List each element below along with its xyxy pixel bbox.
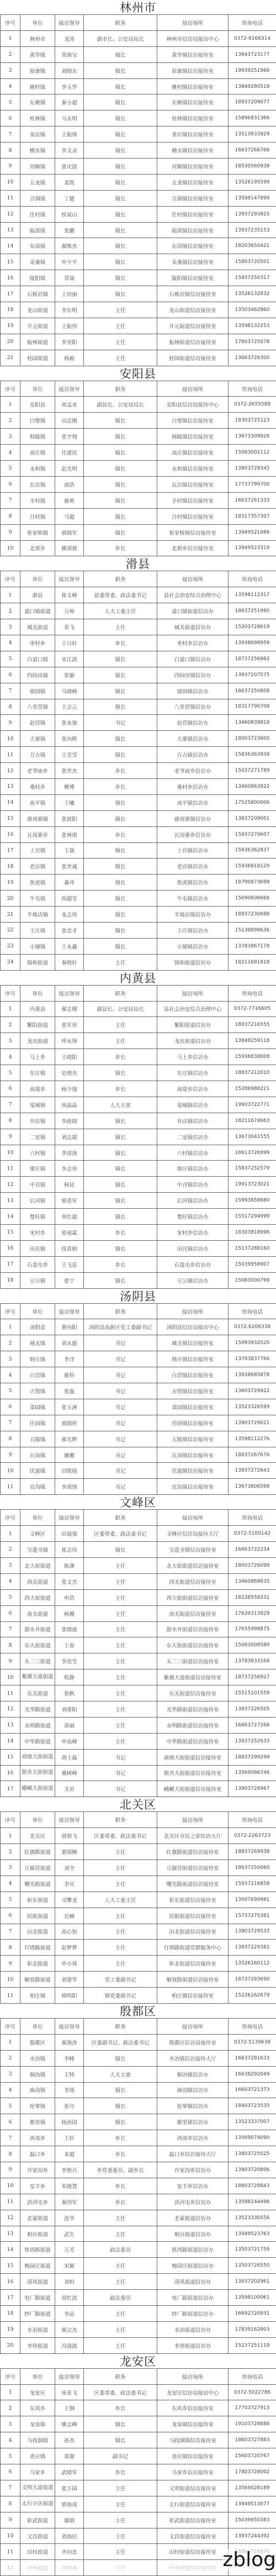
table-row: 1北关区骈朋飞区委常委、政法委书记北关区市民之家综治大厅0372-2263723 [1, 1828, 276, 1844]
phone-number: 18603728843 [229, 2178, 276, 2194]
leader-name: 刘建华 [55, 1972, 84, 1988]
row-index: 15 [1, 1225, 20, 1241]
unit-name: 马家乡 [20, 2464, 55, 2480]
leader-name: 王曦 [55, 794, 84, 810]
position: 镇长 [84, 810, 157, 826]
position: 主任 [84, 2337, 157, 2353]
header-leader: 接访领导 [55, 2018, 84, 2034]
phone-number: 13949521086 [229, 524, 276, 540]
header-index: 序号 [1, 2018, 20, 2034]
phone-number: 13523337007 [229, 2114, 276, 2130]
position: 镇长 [84, 794, 157, 810]
phone-number: 13937272643 [229, 1463, 276, 1479]
unit-name: 民航街道 [20, 1908, 55, 1924]
unit-name: 井店镇 [20, 1113, 55, 1129]
phone-number: 15039958907 [229, 1256, 276, 1272]
leader-name: 桑树峰 [55, 1765, 84, 1781]
position: 主任 [84, 1653, 157, 1669]
row-index: 15 [1, 1749, 20, 1765]
row-index: 14 [1, 794, 20, 810]
header-unit: 单位 [20, 1812, 55, 1828]
reception-location: 铁西路街道信访办 [157, 2242, 229, 2258]
position: 镇长 [84, 1129, 157, 1145]
phone-number: 15037271789 [229, 763, 276, 779]
unit-name: 红旗路街道 [20, 1844, 55, 1860]
reception-schedule-document: 林州市序号单位接访领导职务接访场所咨询电话1林州市龙涛副市长、公安局局长林州市信… [0, 0, 276, 2576]
row-index: 9 [1, 1653, 20, 1669]
unit-name: 老店镇 [20, 858, 55, 875]
position: 主任 [84, 1589, 157, 1605]
leader-name: 郭晓军 [55, 524, 84, 540]
unit-name: 安阳县 [20, 397, 55, 413]
leader-name: 刘永能 [55, 1335, 84, 1351]
phone-number: 13903728967 [229, 1781, 276, 1797]
table-row: 1安阳县周孟亚副县长、公安局局长安阳县信访局接待中心0372-2655589 [1, 397, 276, 413]
phone-number: 15039950383 [229, 2512, 276, 2528]
leader-name: 秦小超 [55, 94, 84, 110]
row-index: 1 [1, 2034, 20, 2050]
unit-name: 梅园庄街道 [20, 2258, 55, 2274]
leader-name: 张鹏 [55, 222, 84, 238]
table-row: 7甜水井街道张晓迪主任甜水井街道信访接待室17655998875 [1, 1621, 276, 1637]
leader-name: 万芳 [55, 2242, 84, 2258]
position: 镇长 [84, 651, 157, 667]
unit-name: 铁西路街道 [20, 2242, 55, 2258]
phone-number: 0372-5022786 [229, 2384, 276, 2400]
row-index: 17 [1, 286, 20, 302]
position: 副书记 [84, 2448, 157, 2464]
reception-location: 老爷庙乡信访办 [157, 763, 229, 779]
table-row: 9赵营镇张永强书记赵营镇信访办13460839818 [1, 715, 276, 731]
leader-name: 郭晓彤 [55, 1415, 84, 1431]
phone-number: 13937207575 [229, 667, 276, 683]
position: 县委常委、政法委书记 [84, 587, 157, 603]
row-index: 15 [1, 254, 20, 270]
phone-number: 18211674663 [229, 1113, 276, 1129]
row-index: 17 [1, 1256, 20, 1272]
table-row: 14铁西路街道万芳政法委员铁西路街道信访办13503721759 [1, 2242, 276, 2258]
header-index: 序号 [1, 1812, 20, 1828]
reception-location: 宋村乡信访办 [157, 1225, 229, 1241]
leader-name: 支岩 [55, 1781, 84, 1797]
unit-name: 曲沟镇 [20, 2082, 55, 2098]
reception-location: 北大街街道信访接待室 [157, 1557, 229, 1573]
leader-name: 刘恒 [55, 2274, 84, 2290]
position: 镇长 [84, 143, 157, 159]
leader-name: 骈朋飞 [55, 1828, 84, 1844]
unit-name: 电厂路街道 [20, 2290, 55, 2306]
position: 区委常委、政法委书记 [84, 2384, 157, 2400]
leader-name: 李洋 [55, 1351, 84, 1367]
unit-name: 五陵镇 [20, 1431, 55, 1447]
table-row: 5伦掌镇张丹镇长伦掌镇信访办18403723535 [1, 2098, 276, 2114]
table-header-row: 序号单位接访领导职务接访场所咨询电话 [1, 985, 276, 1001]
row-index: 7 [1, 2480, 20, 2496]
unit-name: 商颂大街街道 [20, 1749, 55, 1765]
header-leader: 接访领导 [55, 1303, 84, 1319]
reception-location: 豆腐营街道信访接待室 [157, 1859, 229, 1876]
phone-number: 13937293825 [229, 206, 276, 222]
phone-number: 15837252579 [229, 1161, 276, 1177]
leader-name: 任建民 [55, 445, 84, 461]
row-index: 16 [1, 2274, 20, 2290]
unit-name: 马上乡 [20, 1049, 55, 1065]
table-row: 7辛村镇郝爽镇长辛村镇信访接待室16637261333 [1, 492, 276, 508]
phone-number: 18303818996 [229, 1225, 276, 1241]
header-location: 接访场所 [157, 1812, 229, 1828]
header-unit: 单位 [20, 985, 55, 1001]
header-location: 接访场所 [157, 2368, 229, 2384]
table-header-row: 序号单位接访领导职务接访场所咨询电话 [1, 1812, 276, 1828]
phone-number: 13949523763 [229, 2226, 276, 2242]
table-row: 10文昌街道刘海民主任文昌街道信访接待室13937244392 [1, 2528, 276, 2544]
leader-name: 李琰 [55, 2082, 84, 2098]
position: 镇长 [84, 476, 157, 492]
row-index: 3 [1, 1351, 20, 1367]
leader-name: 李思雪 [55, 1653, 84, 1669]
table-row: 8八里营镇王会云镇长八里营镇信访办18317790708 [1, 699, 276, 715]
leader-name: 郭进军 [55, 1193, 84, 1209]
leader-name: 姜凯 [55, 174, 84, 190]
table-row: 23小铺镇王永鑫镇长小铺镇信访办13783867178 [1, 938, 276, 954]
unit-name: 文明大道街道 [20, 2480, 55, 2496]
position: 主任 [84, 2528, 157, 2544]
phone-number: 18937209077 [229, 94, 276, 110]
header-unit: 单位 [20, 2018, 55, 2034]
phone-number: 13598147899 [229, 190, 276, 206]
leader-name: 綦冲 [55, 875, 84, 891]
reception-location: 白营镇信访接待室 [157, 1367, 229, 1383]
phone-number: 13513833929 [229, 127, 276, 143]
leader-name: 王振烽 [55, 127, 84, 143]
position: 主任 [84, 350, 157, 366]
header-unit: 单位 [20, 571, 55, 587]
unit-name: 东岗镇 [20, 238, 55, 254]
unit-name: 东风乡 [20, 2400, 55, 2416]
position: 主任 [84, 1017, 157, 1033]
position: 镇长 [84, 492, 157, 508]
phone-number: 13598112276 [229, 1431, 276, 1447]
leader-name: 赵光明 [55, 461, 84, 477]
phone-number: 13526160112 [229, 1956, 276, 1972]
unit-name: 安丰乡 [20, 2178, 55, 2194]
leader-name: 李文录 [55, 143, 84, 159]
table-row: 11东关街道张帆主任东关街道信访接待室15515101559 [1, 1685, 276, 1701]
phone-number: 18637250060 [229, 1859, 276, 1876]
phone-number: 15937216858 [229, 1876, 276, 1892]
phone-number: 18837212010 [229, 1065, 276, 1081]
reception-location: 文峰区信访局接待大厅 [157, 1526, 229, 1542]
leader-name: 尚超莹 [55, 891, 84, 907]
phone-number: 18637251990 [229, 603, 276, 619]
unit-name: 半坡店镇 [20, 907, 55, 923]
table-row: 18龙山街道李东明主任龙山街道信访接待室13503462860 [1, 302, 276, 318]
leader-name: 张世杰 [55, 763, 84, 779]
leader-name: 秦晓轩 [55, 954, 84, 970]
phone-number: 16692720931 [229, 2306, 276, 2322]
leader-name: 龙志伟 [55, 907, 84, 923]
unit-name: 中召镇 [20, 1177, 55, 1193]
leader-name: 王晓阳 [55, 1049, 84, 1065]
unit-name: 菜园镇 [20, 1399, 55, 1415]
unit-name: 宋村乡 [20, 1225, 55, 1241]
position: 乡长 [84, 1049, 157, 1065]
phone-number: 15690606666 [229, 891, 276, 907]
row-index: 16 [1, 826, 20, 842]
leader-name: 周孟亚 [55, 397, 84, 413]
table-row: 4姚村镇李玉华镇长姚村镇信访接待室13849280518 [1, 78, 276, 94]
row-index: 1 [1, 1526, 20, 1542]
leader-name: 王特 [55, 2066, 84, 2082]
phone-number: 15937270607 [229, 826, 276, 842]
row-index: 3 [1, 619, 20, 635]
reception-location: 后河镇信访办 [157, 1193, 229, 1209]
leader-name: 郑强 [55, 2448, 84, 2464]
reception-location: 六村镇信访办 [157, 1145, 229, 1161]
reception-location: 桑村乡信访办 [157, 778, 229, 794]
position: 主任 [84, 1940, 157, 1956]
row-index: 11 [1, 1685, 20, 1701]
header-position: 职务 [84, 2018, 157, 2034]
position: 主任 [84, 1033, 157, 1049]
header-index: 序号 [1, 15, 20, 31]
position: 镇长 [84, 891, 157, 907]
position: 书记 [84, 1479, 157, 1495]
leader-name: 宋颖 [55, 2258, 84, 2274]
position: 主任 [84, 1859, 157, 1876]
table-row: 2道口镇街道万帅人大工委主任道口镇街道信访办18637251990 [1, 603, 276, 619]
reception-location: 东岗镇信访接待室 [157, 238, 229, 254]
position: 镇长 [84, 286, 157, 302]
reception-location: 石板岩镇信访接待室 [157, 286, 229, 302]
reception-location: 龙安区信访局接访中心 [157, 2384, 229, 2400]
row-index: 15 [1, 2258, 20, 2274]
table-row: 3韩庄镇李洋书记韩庄镇信访接待室13783837766 [1, 1351, 276, 1367]
table-row: 7任固镇郭晓彤书记任固镇信访接待室13903729021 [1, 1415, 276, 1431]
position: 人大工委主任 [84, 603, 157, 619]
position: 人大工委主任 [84, 1892, 157, 1908]
phone-number: 13903720806 [229, 2162, 276, 2178]
leader-name: 申小琦 [55, 1956, 84, 1972]
unit-name: 白道口镇 [20, 651, 55, 667]
position: 乡长 [84, 778, 157, 794]
leader-name: 徐亚飞 [55, 2384, 84, 2400]
row-index: 8 [1, 1637, 20, 1653]
position: 镇长 [84, 1193, 157, 1209]
header-position: 职务 [84, 571, 157, 587]
reception-location: 焦虎镇信访办 [157, 875, 229, 891]
phone-number: 13937226505 [229, 1701, 276, 1717]
position: 主任 [84, 1605, 157, 1621]
position: 乡长 [84, 2464, 157, 2480]
phone-number: 13783833168 [229, 1653, 276, 1669]
header-location: 接访场所 [157, 15, 229, 31]
unit-name: 相台街道 [20, 2226, 55, 2242]
table-row: 21桂园街道杨毅主任桂园街道信访接待室13663726300 [1, 350, 276, 366]
reception-location: 四间房镇信访办 [157, 667, 229, 683]
header-position: 职务 [84, 15, 157, 31]
leader-name: 刘海民 [55, 2528, 84, 2544]
reception-location: 李珍街道信访办 [157, 2337, 229, 2353]
phone-number: 19903722771 [229, 1097, 276, 1113]
reception-location: 民航街道信访接待室 [157, 1908, 229, 1924]
position: 人大主席 [84, 1097, 157, 1113]
phone-number: 13783837766 [229, 1351, 276, 1367]
row-index: 12 [1, 1177, 20, 1193]
table-row: 5白道口镇宋江波镇长白道口镇信访办18737256962 [1, 651, 276, 667]
reception-location: 白璧镇信访接待室 [157, 413, 229, 429]
phone-number: 18837230688 [229, 907, 276, 923]
reception-location: 振林街道信访接待室 [157, 334, 229, 350]
table-row: 2红旗路街道栗锦顺主任红旗路街道信访接待室18837269938 [1, 1844, 276, 1860]
header-location: 接访场所 [157, 571, 229, 587]
phone-number: 13598100061 [229, 2290, 276, 2306]
table-row: 3北大街街道陈龚主任北大街街道信访接待室18003726099 [1, 1557, 276, 1573]
reception-location: 伦掌镇信访办 [157, 2098, 229, 2114]
row-index: 6 [1, 2114, 20, 2130]
reception-location: 八里营镇信访办 [157, 699, 229, 715]
unit-name: 清风街道 [20, 2274, 55, 2290]
leader-name: 张文杰 [55, 1573, 84, 1589]
reception-location: 老店镇信访办 [157, 858, 229, 875]
unit-name: 小铺镇 [20, 938, 55, 954]
reception-location: 曲沟镇信访办 [157, 2082, 229, 2098]
position: 主任 [84, 1924, 157, 1940]
unit-name: 东姚镇 [20, 94, 55, 110]
phone-number: 13673041555 [229, 1129, 276, 1145]
unit-name: 高堤乡 [20, 1081, 55, 1097]
table-row: 17峨嵋大街街道支岩书记峨嵋大街街道信访接待室13903728967 [1, 1781, 276, 1797]
position: 乡长 [84, 2130, 157, 2146]
unit-name: 彰东街道 [20, 1892, 55, 1908]
table-row: 9崔家桥镇郭晓军镇长崔家桥镇信访接待室13949521086 [1, 524, 276, 540]
reception-location: 宝莲寺镇信访接待室 [157, 1542, 229, 1558]
table-row: 4白营镇姬科书记白营镇信访接待室13938685878 [1, 1367, 276, 1383]
position: 书记 [84, 1351, 157, 1367]
unit-name: 善应镇 [20, 2448, 55, 2464]
reception-location: 洹北街道信访接待室 [157, 1924, 229, 1940]
position: 主任 [84, 318, 157, 334]
phone-number: 0372-5100142 [229, 1526, 276, 1542]
reception-location: 上官镇信访办 [157, 842, 229, 858]
leader-name: 万帅 [55, 603, 84, 619]
table-header-row: 序号单位接访领导职务接访场所咨询电话 [1, 2368, 276, 2384]
reception-location: 瓦岗寨乡信访办 [157, 826, 229, 842]
leader-name: 单红超 [55, 1209, 84, 1225]
leader-name: 姚姗 [55, 1447, 84, 1463]
phone-number: 15936838008 [229, 1049, 276, 1065]
reception-location: 河顺镇信访接待室 [157, 159, 229, 175]
position: 主任 [84, 2480, 157, 2496]
reception-location: 吕村镇信访接待室 [157, 508, 229, 524]
phone-number: 18211681818 [229, 954, 276, 970]
reception-location: 永明路街道信访接待室 [157, 1717, 229, 1733]
unit-name: 梁庄镇 [20, 1161, 55, 1177]
reception-location: 红旗路街道信访接待室 [157, 1844, 229, 1860]
reception-table: 序号单位接访领导职务接访场所咨询电话1北关区骈朋飞区委常委、政法委书记北关区市民… [0, 1811, 276, 2004]
leader-name: 常晟 [55, 270, 84, 286]
header-unit: 单位 [20, 1510, 55, 1526]
position: 镇长 [84, 461, 157, 477]
phone-number: 18317357307 [229, 508, 276, 524]
reception-location: 瓦店镇信访接待室 [157, 476, 229, 492]
unit-name: 王庄镇 [20, 922, 55, 938]
row-index: 7 [1, 1415, 20, 1431]
row-index: 9 [1, 2162, 20, 2178]
leader-name: 张宁 [55, 1272, 84, 1288]
reception-location: 伏道镇信访接待室 [157, 1463, 229, 1479]
table-row: 9瓦岗镇姚姗书记瓦岗镇信访接待室18837267676 [1, 1447, 276, 1463]
row-index: 9 [1, 1447, 20, 1463]
row-index: 9 [1, 1129, 20, 1145]
unit-name: 紫薇大道街道 [20, 1669, 55, 1685]
table-row: 10紫薇大道街道程静主任紫薇大道街道信访接待室18737256927 [1, 1669, 276, 1685]
unit-name: 临淇镇 [20, 222, 55, 238]
leader-name: 孙杰 [55, 2432, 84, 2448]
table-row: 14高平镇王曦镇长高平镇信访办17525800006 [1, 794, 276, 810]
row-index: 10 [1, 1145, 20, 1161]
row-index: 12 [1, 1701, 20, 1717]
row-index: 9 [1, 524, 20, 540]
unit-name: 太行小区街道 [20, 2496, 55, 2512]
phone-number: 13849259118 [229, 1033, 276, 1049]
section-title: 汤阴县 [0, 1289, 276, 1303]
phone-number: 16637266766 [229, 143, 276, 159]
row-index: 13 [1, 1717, 20, 1733]
row-index: 5 [1, 651, 20, 667]
row-index: 8 [1, 1113, 20, 1129]
unit-name: 东大街街道 [20, 1637, 55, 1653]
leader-name: 宋江波 [55, 651, 84, 667]
leader-name: 师明阳 [55, 1988, 84, 2004]
phone-number: 13837229381 [229, 1940, 276, 1956]
table-row: 5东姚镇秦小超镇长东姚镇信访接待室18937209077 [1, 94, 276, 110]
position: 主任 [84, 302, 157, 318]
phone-number: 15286988221 [229, 1081, 276, 1097]
reception-location: 楚旺镇信访办 [157, 1209, 229, 1225]
position: 主任 [84, 1844, 157, 1860]
table-row: 11洪河屯乡秦四军乡长洪河屯乡信访办13598144496 [1, 2194, 276, 2210]
leader-name: 郝唯杰 [55, 238, 84, 254]
position: 镇长 [84, 159, 157, 175]
position: 镇长 [84, 524, 157, 540]
row-index: 2 [1, 1335, 20, 1351]
table-row: 15商颂大街街道胡士磊书记商颂大街街道信访接待室18837299299 [1, 1749, 276, 1765]
unit-name: 东庄镇 [20, 1065, 55, 1081]
unit-name: 繁阳街道 [20, 1017, 55, 1033]
row-index: 2 [1, 2050, 20, 2066]
table-row: 4高庄镇任建民镇长高庄镇信访接待室15083002112 [1, 445, 276, 461]
reception-location: 铜冶镇信访办 [157, 2066, 229, 2082]
unit-name: 石板岩镇 [20, 286, 55, 302]
position: 镇长 [84, 875, 157, 891]
leader-name: 杨少强 [55, 1081, 84, 1097]
row-index: 10 [1, 1669, 20, 1685]
position: 汤阴县高新区党工委副书记 [84, 1319, 157, 1335]
leader-name: 申少平 [55, 254, 84, 270]
reception-location: 林州市信访局接访中心 [157, 30, 229, 46]
row-index: 12 [1, 2560, 20, 2576]
position: 主任 [84, 2226, 157, 2242]
table-row: 9彰北街道申小琦主任彰北街道信访接待室13526160112 [1, 1956, 276, 1972]
table-row: 18老店镇张世诚镇长老店镇信访办15936818129 [1, 858, 276, 875]
phone-number: 13673309926 [229, 429, 276, 445]
unit-name: 二安镇 [20, 1129, 55, 1145]
table-row: 15采桑镇申少平镇长采桑镇信访接待室15803720501 [1, 254, 276, 270]
row-index: 11 [1, 1161, 20, 1177]
position: 镇长 [84, 1161, 157, 1177]
row-index: 7 [1, 1621, 20, 1637]
